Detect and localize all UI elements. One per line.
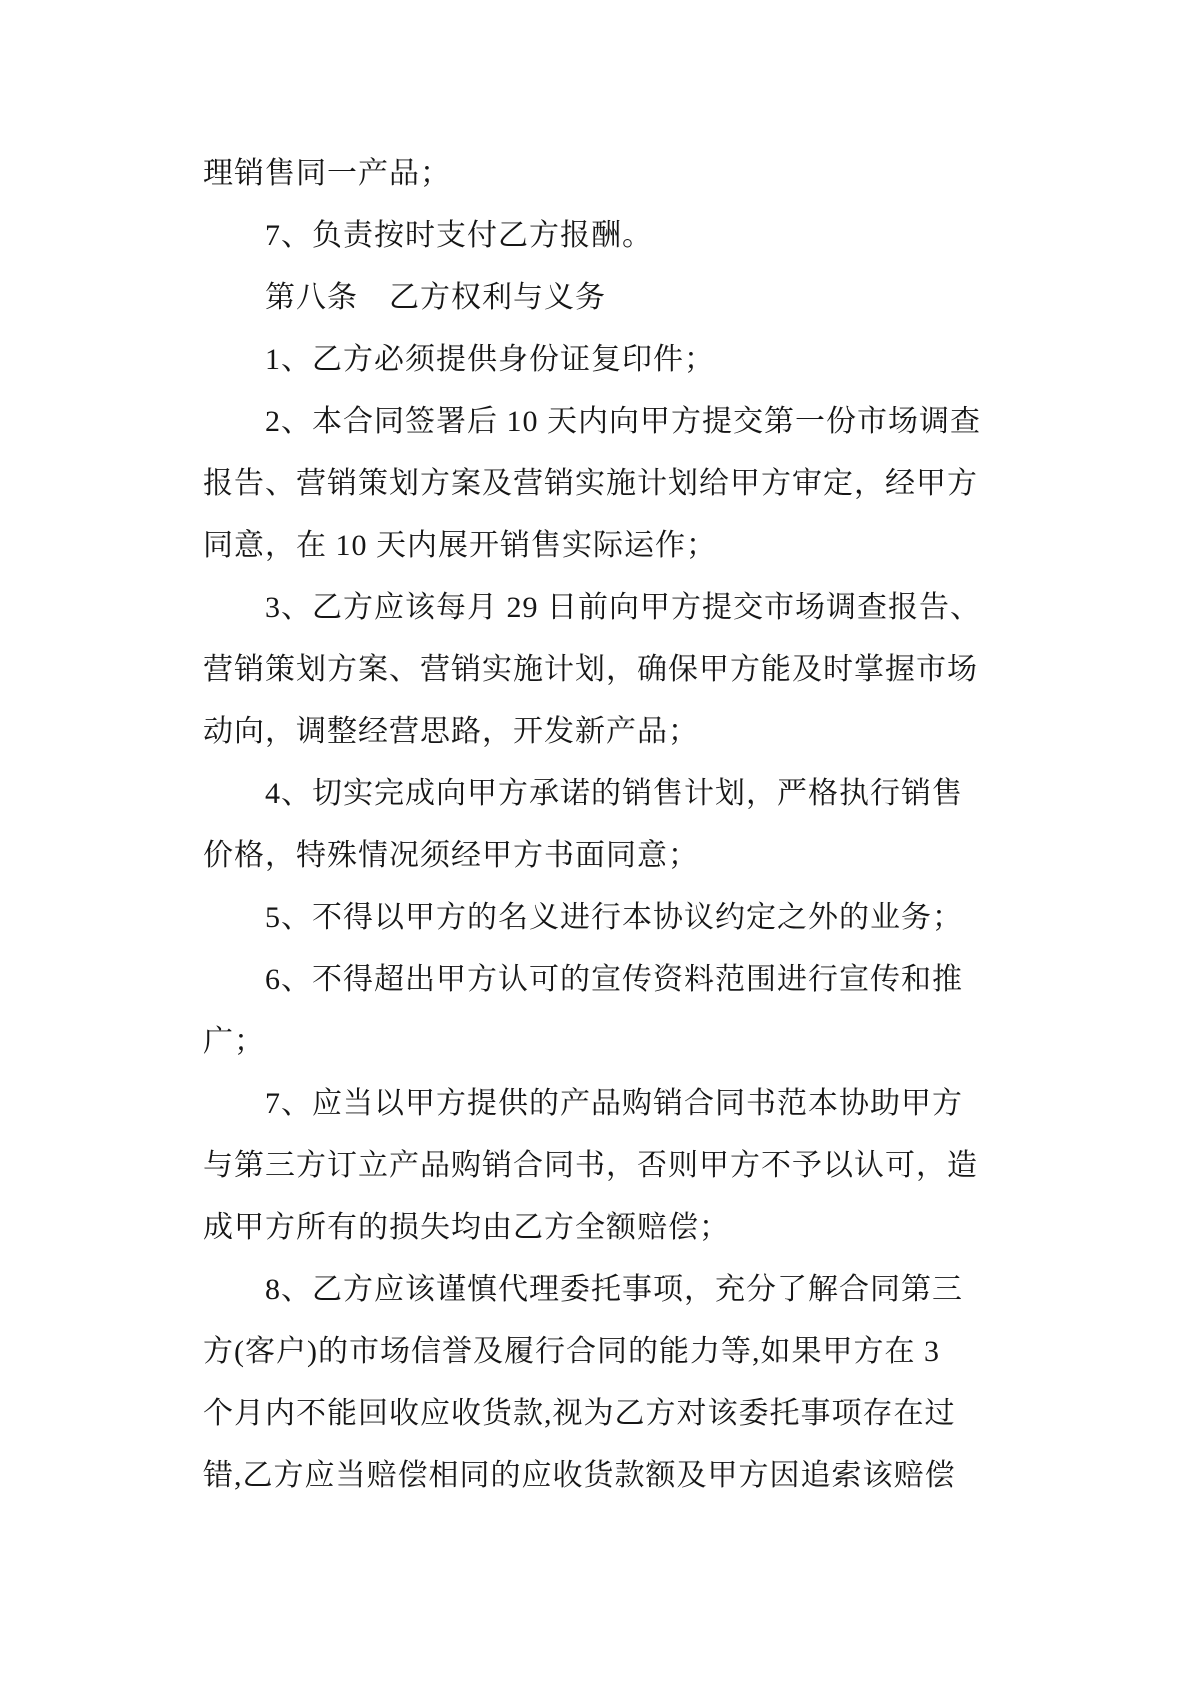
text-line: 4、切实完成向甲方承诺的销售计划，严格执行销售 — [203, 763, 990, 825]
text-line: 动向，调整经营思路，开发新产品； — [203, 701, 990, 763]
text-line: 个月内不能回收应收货款,视为乙方对该委托事项存在过 — [203, 1383, 990, 1445]
document-page: 理销售同一产品；7、负责按时支付乙方报酬。第八条 乙方权利与义务1、乙方必须提供… — [0, 0, 1190, 1683]
text-line: 错,乙方应当赔偿相同的应收货款额及甲方因追索该赔偿 — [203, 1445, 990, 1507]
text-line: 方(客户)的市场信誉及履行合同的能力等,如果甲方在 3 — [203, 1321, 990, 1383]
text-line: 同意，在 10 天内展开销售实际运作； — [203, 515, 990, 577]
text-line: 广； — [203, 1011, 990, 1073]
text-line: 营销策划方案、营销实施计划，确保甲方能及时掌握市场 — [203, 639, 990, 701]
text-line: 1、乙方必须提供身份证复印件； — [203, 329, 990, 391]
text-line: 2、本合同签署后 10 天内向甲方提交第一份市场调查 — [203, 391, 990, 453]
text-line: 7、应当以甲方提供的产品购销合同书范本协助甲方 — [203, 1073, 990, 1135]
text-line: 8、乙方应该谨慎代理委托事项，充分了解合同第三 — [203, 1259, 990, 1321]
text-line: 理销售同一产品； — [203, 143, 990, 205]
text-line: 7、负责按时支付乙方报酬。 — [203, 205, 990, 267]
text-line: 6、不得超出甲方认可的宣传资料范围进行宣传和推 — [203, 949, 990, 1011]
text-line: 价格，特殊情况须经甲方书面同意； — [203, 825, 990, 887]
text-line: 第八条 乙方权利与义务 — [203, 267, 990, 329]
text-line: 3、乙方应该每月 29 日前向甲方提交市场调查报告、 — [203, 577, 990, 639]
text-line: 报告、营销策划方案及营销实施计划给甲方审定，经甲方 — [203, 453, 990, 515]
text-line: 成甲方所有的损失均由乙方全额赔偿； — [203, 1197, 990, 1259]
document-body: 理销售同一产品；7、负责按时支付乙方报酬。第八条 乙方权利与义务1、乙方必须提供… — [203, 143, 990, 1507]
text-line: 5、不得以甲方的名义进行本协议约定之外的业务； — [203, 887, 990, 949]
text-line: 与第三方订立产品购销合同书，否则甲方不予以认可，造 — [203, 1135, 990, 1197]
